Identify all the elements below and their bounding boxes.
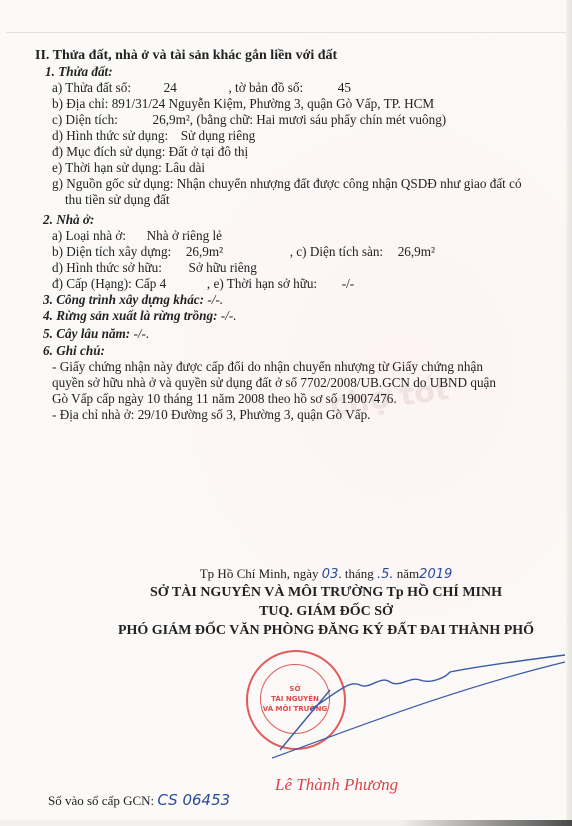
- house-type-value: Nhà ở riêng lẻ: [147, 228, 222, 243]
- date-year: 2019: [419, 567, 452, 582]
- section-title: II. Thửa đất, nhà ở và tài sản khác gắn …: [35, 48, 337, 64]
- note-line: - Địa chỉ nhà ở: 29/10 Đường số 3, Phườn…: [52, 407, 370, 423]
- address-row: b) Địa chỉ: 891/31/24 Nguyễn Kiệm, Phườn…: [52, 96, 434, 112]
- issuing-org: SỞ TÀI NGUYÊN VÀ MÔI TRƯỜNG Tp HỒ CHÍ MI…: [40, 585, 572, 601]
- certificate-page: chợ tốt II. Thửa đất, nhà ở và tài sản k…: [0, 0, 572, 826]
- grade-value: Cấp 4: [135, 276, 166, 291]
- built-area-value: 26,9m²: [186, 244, 223, 259]
- note-line: quyền sở hữu nhà ở và quyền sử dụng đất …: [52, 375, 496, 391]
- perennial-value: -/-.: [134, 326, 150, 341]
- floor-area-label: , c) Diện tích sàn:: [290, 244, 383, 259]
- parcel-number: 24: [164, 80, 177, 95]
- area-label: c) Diện tích:: [52, 112, 118, 127]
- term-value: Lâu dài: [165, 160, 205, 175]
- use-form-row: d) Hình thức sử dụng: Sử dụng riêng: [52, 128, 255, 144]
- house-type-label: a) Loại nhà ở:: [52, 228, 126, 243]
- ownership-row: d) Hình thức sở hữu: Sở hữu riêng: [52, 260, 257, 276]
- map-label: , tờ bản đồ số:: [228, 80, 303, 95]
- handwritten-signature: [270, 650, 570, 760]
- forest-row: 4. Rừng sản xuất là rừng trồng: -/-.: [43, 308, 237, 324]
- register-number: CS 06453: [157, 791, 230, 809]
- parcel-label: a) Thửa đất số:: [52, 80, 131, 95]
- parcel-row: a) Thửa đất số: 24 , tờ bản đồ số: 45: [52, 80, 351, 96]
- built-area-label: b) Diện tích xây dựng:: [52, 244, 171, 259]
- own-term-value: -/-: [342, 276, 354, 291]
- house-type-row: a) Loại nhà ở: Nhà ở riêng lẻ: [52, 228, 222, 244]
- purpose-row: đ) Mục đích sử dụng: Đất ở tại đô thị: [52, 144, 248, 160]
- area-value: 26,9m², (bằng chữ: Hai mươi sáu phẩy chí…: [153, 112, 447, 127]
- notes-heading: 6. Ghi chú:: [43, 343, 105, 359]
- signer-name: Lê Thành Phương: [275, 775, 398, 795]
- term-label: e) Thời hạn sử dụng:: [52, 160, 162, 175]
- origin-continuation: thu tiền sử dụng đất: [65, 192, 170, 208]
- date-day: 03: [322, 567, 339, 582]
- origin-label: g) Nguồn gốc sử dụng:: [52, 176, 173, 191]
- address-label: b) Địa chỉ:: [52, 96, 108, 111]
- date-month: .5.: [377, 567, 394, 582]
- page-top-edge: [6, 32, 566, 33]
- use-form-label: d) Hình thức sử dụng:: [52, 128, 168, 143]
- purpose-label: đ) Mục đích sử dụng:: [52, 144, 165, 159]
- address-value: 891/31/24 Nguyễn Kiệm, Phường 3, quận Gò…: [112, 96, 434, 111]
- forest-value: -/-.: [221, 308, 237, 323]
- origin-row: g) Nguồn gốc sử dụng: Nhận chuyển nhượng…: [52, 176, 522, 192]
- other-works-row: 3. Công trình xây dựng khác: -/-.: [43, 292, 223, 308]
- grade-row: đ) Cấp (Hạng): Cấp 4 , e) Thời hạn sở hữ…: [52, 276, 354, 292]
- area-row: c) Diện tích: 26,9m², (bằng chữ: Hai mươ…: [52, 112, 446, 128]
- origin-value: Nhận chuyển nhượng đất được công nhận QS…: [177, 176, 522, 191]
- register-label: Số vào sổ cấp GCN:: [48, 793, 154, 808]
- ownership-value: Sở hữu riêng: [189, 260, 257, 275]
- forest-heading: 4. Rừng sản xuất là rừng trồng:: [43, 308, 217, 323]
- note-line: - Giấy chứng nhận này được cấp đổi do nh…: [52, 359, 483, 375]
- register-row: Số vào sổ cấp GCN: CS 06453: [48, 792, 230, 809]
- house-heading: 2. Nhà ở:: [43, 212, 94, 228]
- month-label: . tháng: [338, 566, 373, 581]
- term-row: e) Thời hạn sử dụng: Lâu dài: [52, 160, 205, 176]
- note-line: Gò Vấp cấp ngày 10 tháng 11 năm 2008 the…: [52, 391, 397, 407]
- perennial-heading: 5. Cây lâu năm:: [43, 326, 130, 341]
- date-line: Tp Hồ Chí Minh, ngày 03. tháng .5. năm20…: [40, 566, 572, 582]
- ownership-label: d) Hình thức sở hữu:: [52, 260, 162, 275]
- perennial-row: 5. Cây lâu năm: -/-.: [43, 326, 149, 342]
- year-label: năm: [397, 566, 419, 581]
- other-works-heading: 3. Công trình xây dựng khác:: [43, 292, 204, 307]
- tuq-line: TUQ. GIÁM ĐỐC SỞ: [40, 604, 572, 620]
- land-heading: 1. Thửa đất:: [45, 64, 113, 80]
- floor-area-value: 26,9m²: [398, 244, 435, 259]
- map-number: 45: [338, 80, 351, 95]
- place-prefix: Tp Hồ Chí Minh, ngày: [200, 566, 319, 581]
- page-bottom-edge: [0, 820, 572, 826]
- signer-title: PHÓ GIÁM ĐỐC VĂN PHÒNG ĐĂNG KÝ ĐẤT ĐAI T…: [40, 623, 572, 639]
- house-area-row: b) Diện tích xây dựng: 26,9m² , c) Diện …: [52, 244, 435, 260]
- grade-label: đ) Cấp (Hạng):: [52, 276, 132, 291]
- other-works-value: -/-.: [207, 292, 223, 307]
- use-form-value: Sử dụng riêng: [181, 128, 256, 143]
- purpose-value: Đất ở tại đô thị: [169, 144, 249, 159]
- own-term-label: , e) Thời hạn sở hữu:: [207, 276, 317, 291]
